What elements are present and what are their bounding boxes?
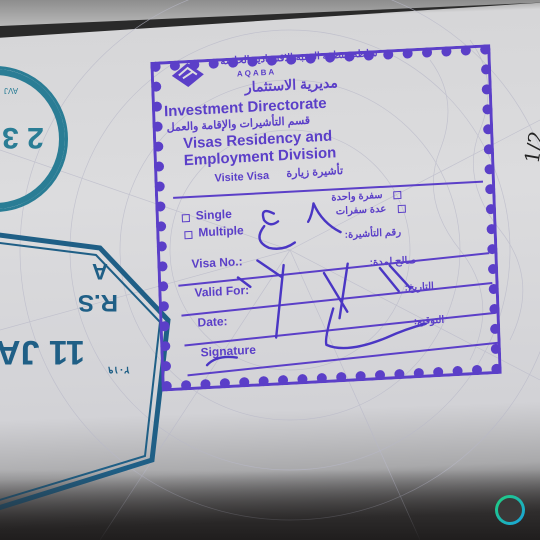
- octagon-stamp-letter: A: [92, 258, 108, 284]
- visa-no-label: Visa No.:: [191, 254, 243, 271]
- visa-stamp: سلطة منطقة العقبة الاقتصادية الخاصة AQAB…: [150, 34, 507, 397]
- aqaba-logo-icon: [170, 61, 205, 89]
- octagon-stamp-date: 11 JA: [0, 332, 85, 371]
- date-label: Date:: [197, 314, 227, 330]
- octagon-stamp-arabic: ٢٠١٩: [108, 364, 129, 375]
- multiple-checkbox: [184, 231, 192, 239]
- octagon-stamp-code: R.S: [78, 288, 118, 316]
- round-stamp-small-text: AVJ: [4, 86, 18, 95]
- date-label-arabic: التاريخ:: [404, 281, 434, 294]
- multiple-checkbox-arabic: [398, 205, 406, 213]
- signature-label: Signature: [200, 343, 256, 360]
- signature-label-arabic: التوقيع:: [414, 315, 445, 328]
- valid-for-label: Valid For:: [194, 283, 249, 300]
- round-stamp-date: 2 3: [2, 120, 44, 154]
- single-checkbox: [182, 214, 190, 222]
- bottom-shadow: [0, 470, 540, 540]
- single-checkbox-arabic: [393, 191, 401, 199]
- single-label: Single: [196, 207, 232, 223]
- app-watermark-icon: [495, 495, 525, 525]
- multiple-label: Multiple: [198, 223, 244, 239]
